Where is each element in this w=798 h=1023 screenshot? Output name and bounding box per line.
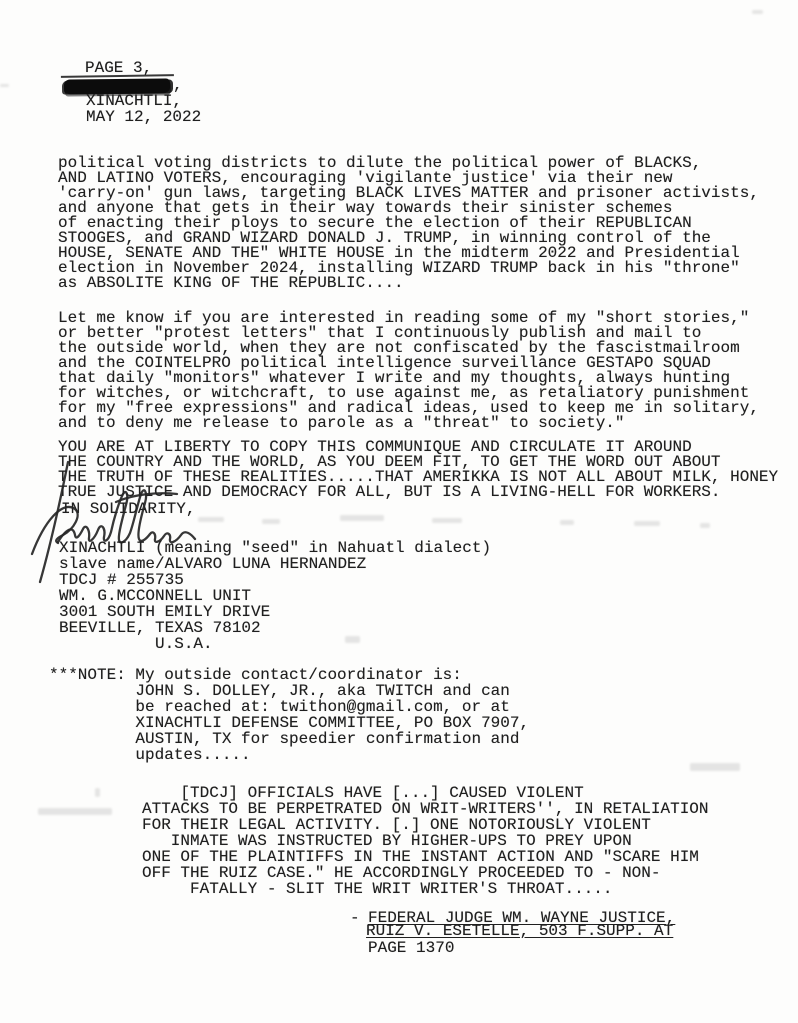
unit-line: WM. G.MCCONNELL UNIT xyxy=(59,588,491,604)
paragraph-1: political voting districts to dilute the… xyxy=(58,156,759,291)
paragraph-2: Let me know if you are interested in rea… xyxy=(58,311,759,431)
scan-smudge xyxy=(340,515,384,521)
scan-smudge xyxy=(752,10,763,14)
signature-block: XINACHTLI (meaning "seed" in Nahuatl dia… xyxy=(59,540,491,652)
scan-smudge xyxy=(634,521,660,526)
attribution-dash: - xyxy=(350,911,360,926)
letter-page: PAGE 3, , XINACHTLI, MAY 12, 2022 politi… xyxy=(0,0,798,1023)
tdcj-number: TDCJ # 255735 xyxy=(59,572,491,588)
quote-line: OFF THE RUIZ CASE." HE ACCORDINGLY PROCE… xyxy=(142,865,709,881)
note-line: updates..... xyxy=(49,747,529,763)
quote-line: INMATE WAS INSTRUCTED BY HIGHER-UPS TO P… xyxy=(142,833,709,849)
note-line: AUSTIN, TX for speedier confirmation and xyxy=(49,731,529,747)
scan-smudge xyxy=(345,636,360,643)
quote-line: FOR THEIR LEGAL ACTIVITY. [.] ONE NOTORI… xyxy=(142,817,709,833)
signer-name-line: XINACHTLI (meaning "seed" in Nahuatl dia… xyxy=(59,540,491,556)
text-line: and to deny me release to parole as a "t… xyxy=(58,416,759,431)
city-state-zip: BEEVILLE, TEXAS 78102 xyxy=(59,620,491,636)
country-line: U.S.A. xyxy=(59,636,491,652)
scan-smudge xyxy=(198,517,224,522)
scan-smudge xyxy=(0,84,9,87)
note-line: ***NOTE: My outside contact/coordinator … xyxy=(49,667,529,683)
scan-smudge xyxy=(432,518,462,523)
quote-line: FATALLY - SLIT THE WRIT WRITER'S THROAT.… xyxy=(142,881,709,897)
scan-smudge xyxy=(700,523,710,528)
quote-line: ONE OF THE PLAINTIFFS IN THE INSTANT ACT… xyxy=(142,849,709,865)
letter-date: MAY 12, 2022 xyxy=(86,110,201,125)
quote-line: [TDCJ] OFFICIALS HAVE [...] CAUSED VIOLE… xyxy=(142,785,709,801)
slave-name-line: slave name/ALVARO LUNA HERNANDEZ xyxy=(59,556,491,572)
note-line: be reached at: twithon@gmail.com, or at xyxy=(49,699,529,715)
street-address: 3001 SOUTH EMILY DRIVE xyxy=(59,604,491,620)
scan-smudge xyxy=(38,808,112,815)
scan-smudge xyxy=(560,520,574,525)
contact-note: ***NOTE: My outside contact/coordinator … xyxy=(49,667,529,763)
note-line: JOHN S. DOLLEY, JR., aka TWITCH and can xyxy=(49,683,529,699)
author-name: XINACHTLI, xyxy=(86,94,182,109)
attribution-page: PAGE 1370 xyxy=(368,941,454,956)
note-line: XINACHTLI DEFENSE COMMITTEE, PO BOX 7907… xyxy=(49,715,529,731)
scan-smudge xyxy=(690,763,740,771)
court-quote: [TDCJ] OFFICIALS HAVE [...] CAUSED VIOLE… xyxy=(142,785,709,897)
text-line: as ABSOLITE KING OF THE REPUBLIC.... xyxy=(58,276,759,291)
scan-smudge xyxy=(262,519,280,524)
attribution-case: RUIZ V. ESETELLE, 503 F.SUPP. AT xyxy=(366,924,673,939)
redaction-comma: , xyxy=(173,78,183,93)
scan-smudge xyxy=(95,788,100,797)
quote-line: ATTACKS TO BE PERPETRATED ON WRIT-WRITER… xyxy=(142,801,709,817)
